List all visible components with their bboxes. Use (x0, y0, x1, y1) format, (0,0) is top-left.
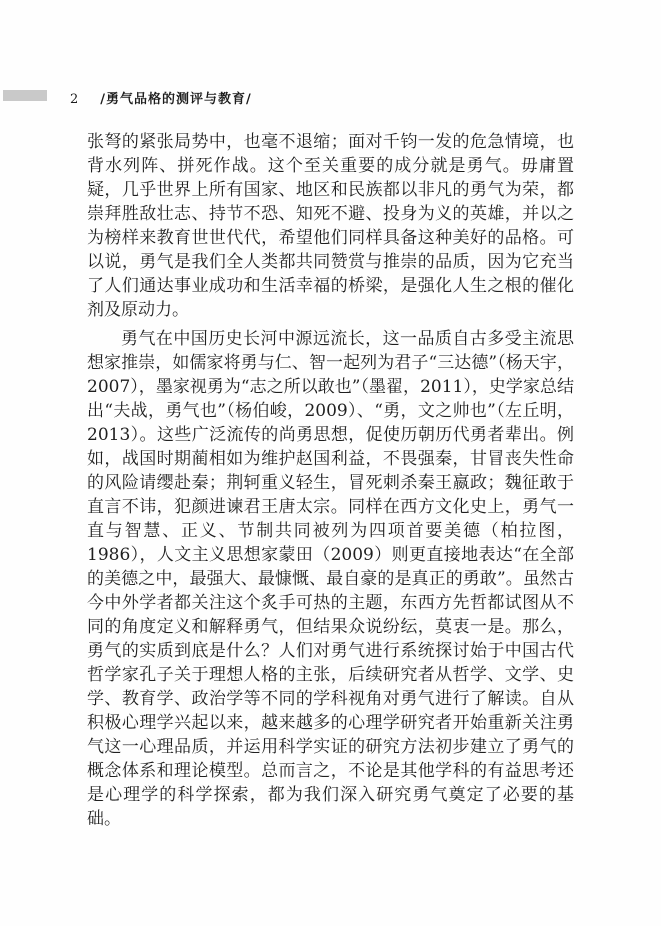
page-header: 2 /勇气品格的测评与教育/ (70, 88, 252, 107)
paragraph-continuation: 张弩的紧张局势中，也毫不退缩；面对千钧一发的危急情境，也背水列阵、拼死作战。这个… (87, 130, 574, 322)
body-text: 张弩的紧张局势中，也毫不退缩；面对千钧一发的危急情境，也背水列阵、拼死作战。这个… (87, 130, 574, 831)
page-number: 2 (70, 92, 78, 107)
margin-decoration-bar (3, 90, 47, 101)
paragraph-second: 勇气在中国历史长河中源远流长，这一品质自古多受主流思想家推崇，如儒家将勇与仁、智… (87, 327, 574, 831)
running-title: /勇气品格的测评与教育/ (100, 88, 252, 107)
book-page: 2 /勇气品格的测评与教育/ 张弩的紧张局势中，也毫不退缩；面对千钧一发的危急情… (0, 0, 661, 926)
